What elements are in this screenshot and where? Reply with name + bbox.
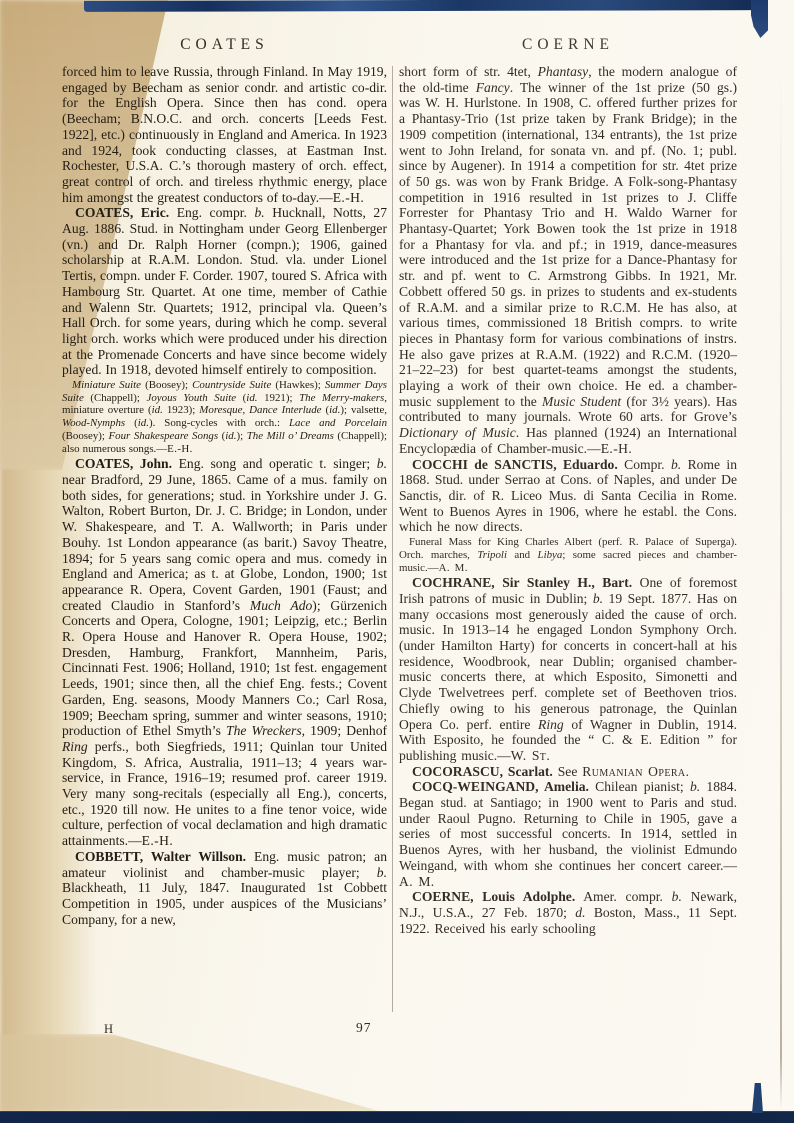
works-coates-eric: Miniature Suite (Boosey); Countryside Su… — [62, 379, 387, 455]
entry-cocchi-de-sanctis: COCCHI de SANCTIS, Eduardo. Compr. b. Ro… — [399, 457, 737, 536]
text-segment: Amer. compr. — [575, 889, 671, 904]
text-segment: Lace and Porcelain — [289, 417, 387, 429]
text-segment: Hucknall, Notts, 27 Aug. 1886. Stud. in … — [62, 205, 387, 377]
text-segment: E.-H. — [167, 443, 193, 455]
running-head-left: COATES — [62, 36, 387, 54]
text-segment: b. — [593, 591, 603, 606]
right-column: short form of str. 4tet, Phantasy, the m… — [399, 64, 737, 936]
text-segment: Rumanian Opera — [582, 764, 685, 779]
text-segment: See — [553, 764, 582, 779]
text-segment: E.-H. — [142, 833, 173, 848]
entry-cochrane: COCHRANE, Sir Stanley H., Bart. One of f… — [399, 575, 737, 763]
text-segment: Libya — [538, 549, 563, 561]
text-segment: COBBETT, Walter Willson. — [75, 849, 246, 864]
left-column: forced him to leave Russia, through Finl… — [62, 64, 387, 927]
text-segment: Countryside Suite — [192, 379, 271, 391]
text-segment: Tripoli — [477, 549, 507, 561]
text-segment: Chilean pianist; — [589, 779, 690, 794]
book-cover-top-edge — [84, 0, 768, 12]
column-divider — [392, 66, 393, 1012]
text-segment: (Hawkes); — [271, 379, 325, 391]
text-segment: (Boosey); — [62, 430, 109, 442]
text-segment: ( — [236, 392, 246, 404]
text-segment: Phantasy — [538, 64, 589, 79]
text-segment: Joyous Youth Suite — [147, 392, 237, 404]
text-segment: COATES, John. — [75, 456, 172, 471]
text-segment: COCHRANE, Sir Stanley H., Bart. — [412, 575, 632, 590]
book-page-scan: COATES COERNE forced him to leave Russia… — [0, 0, 794, 1123]
text-segment: Music Student — [542, 394, 621, 409]
page-curl-bottom-left — [0, 1034, 400, 1112]
text-segment: E.-H. — [333, 190, 364, 205]
text-segment: Fancy — [476, 80, 510, 95]
text-segment: Much Ado — [250, 598, 312, 613]
text-segment: Ring — [62, 739, 88, 754]
text-segment: and — [507, 549, 538, 561]
text-segment: Moresque, Dance Interlude — [199, 404, 321, 416]
text-segment: b. — [690, 779, 700, 794]
text-segment: id. — [152, 404, 163, 416]
book-cover-top-corner — [751, 0, 768, 38]
text-segment: The Wreckers — [226, 723, 302, 738]
text-segment: 1921); — [258, 392, 300, 404]
text-segment: ). Song-cycles with orch.: — [149, 417, 289, 429]
text-segment: perfs., both Siegfrieds, 1911; Quinlan t… — [62, 739, 387, 848]
entry-cocq-weingand: COCQ-WEINGAND, Amelia. Chilean pianist; … — [399, 779, 737, 889]
entry-coates-john: COATES, John. Eng. song and operatic t. … — [62, 456, 387, 849]
text-segment: id. — [246, 392, 257, 404]
text-segment: b. — [671, 457, 681, 472]
text-segment: id. — [138, 417, 149, 429]
text-segment: COCORASCU, Scarlat. — [412, 764, 553, 779]
text-segment: The Mill o’ Dreams — [247, 430, 334, 442]
text-segment: . — [686, 764, 689, 779]
entry-coates-eric: COATES, Eric. Eng. compr. b. Hucknall, N… — [62, 205, 387, 378]
text-segment: . The winner of the 1st prize (50 gs.) w… — [399, 80, 737, 409]
text-segment: b. — [377, 865, 387, 880]
text-segment: Miniature Suite — [72, 379, 141, 391]
text-segment: Eng. compr. — [169, 205, 254, 220]
text-segment: ( — [322, 404, 330, 416]
text-segment: (Chappell); — [84, 392, 147, 404]
text-segment: Four Shakespeare Songs — [109, 430, 219, 442]
book-cover-bottom-edge — [0, 1111, 794, 1123]
text-segment: COATES, Eric. — [75, 205, 169, 220]
text-segment: forced him to leave Russia, through Finl… — [62, 64, 387, 205]
text-segment: d. — [575, 905, 585, 920]
text-segment: short form of str. 4tet, — [399, 64, 538, 79]
text-segment: The Merry-makers — [299, 392, 384, 404]
text-segment: COCCHI de SANCTIS, Eduardo. — [412, 457, 618, 472]
text-segment: ); — [236, 430, 246, 442]
works-cocchi-de-sanctis: Funeral Mass for King Charles Albert (pe… — [399, 536, 737, 574]
continuation-coates-albert: forced him to leave Russia, through Finl… — [62, 64, 387, 205]
cross-ref-cocorascu: COCORASCU, Scarlat. See Rumanian Opera. — [399, 764, 737, 780]
entry-coerne: COERNE, Louis Adolphe. Amer. compr. b. N… — [399, 889, 737, 936]
text-segment: b. — [672, 889, 682, 904]
text-segment: Blackheath, 11 July, 1847. Inaugurated 1… — [62, 880, 387, 926]
text-segment: Dictionary of Music — [399, 425, 516, 440]
text-segment: A. M. — [439, 562, 468, 574]
text-segment: b. — [377, 456, 387, 471]
text-segment: , 1909; Denhof — [302, 723, 387, 738]
entry-cobbett: COBBETT, Walter Willson. Eng. music patr… — [62, 849, 387, 928]
text-segment: (Boosey); — [141, 379, 192, 391]
text-segment: 1923); — [163, 404, 199, 416]
page-number: 97 — [356, 1020, 372, 1036]
running-head-right: COERNE — [399, 36, 737, 54]
text-segment: COERNE, Louis Adolphe. — [412, 889, 575, 904]
continuation-cobbett: short form of str. 4tet, Phantasy, the m… — [399, 64, 737, 457]
text-segment: E.-H. — [601, 441, 632, 456]
text-segment: W. St. — [511, 748, 550, 763]
text-segment: Ring — [538, 717, 564, 732]
text-segment: ); valsette, — [340, 404, 387, 416]
text-segment: near Bradford, 29 June, 1865. Came of a … — [62, 472, 387, 613]
page-right-edge-line — [780, 60, 782, 1109]
text-segment: b. — [254, 205, 264, 220]
text-segment: ); Gürzenich Concerts and Opera, Cologne… — [62, 598, 387, 739]
text-segment: A. M. — [399, 874, 435, 889]
text-segment: Compr. — [618, 457, 671, 472]
text-segment: Wood-Nymphs — [62, 417, 125, 429]
text-segment: 19 Sept. 1877. Has on many occasions mos… — [399, 591, 737, 732]
text-segment: Eng. song and operatic t. singer; — [172, 456, 377, 471]
book-cover-bottom-right-corner — [752, 1083, 763, 1113]
text-segment: id. — [225, 430, 236, 442]
signature-mark: H — [104, 1022, 113, 1037]
text-segment: id. — [329, 404, 340, 416]
text-segment: ( — [125, 417, 138, 429]
text-segment: COCQ-WEINGAND, Amelia. — [412, 779, 589, 794]
